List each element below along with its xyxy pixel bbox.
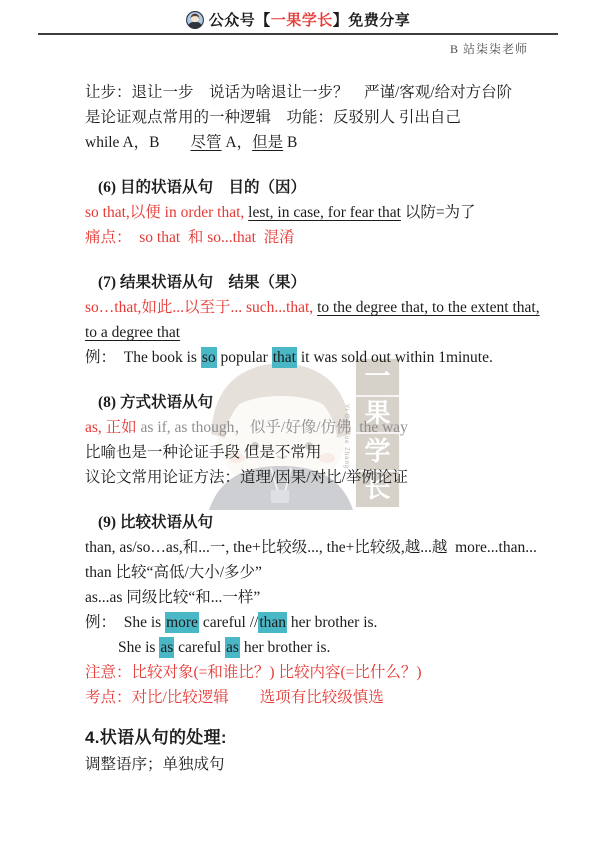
text-segment: 以防=为了 <box>401 204 476 221</box>
text-line: while A，B 尽管 A，但是 B <box>85 130 540 155</box>
text-segment: (8) 方式状语从句 <box>98 394 213 411</box>
text-segment: to a degree that <box>85 324 180 341</box>
text-segment: while A，B <box>85 134 191 151</box>
section-heading: (6) 目的状语从句 目的（因） <box>85 175 540 200</box>
text-line: 例： She is more careful //than her brothe… <box>85 610 540 635</box>
text-line: 让步：退让一步 说话为啥退让一步？ 严谨/客观/给对方台阶 <box>85 80 540 105</box>
section-heading: (8) 方式状语从句 <box>85 390 540 415</box>
text-segment: than <box>258 612 287 633</box>
text-segment: 考点：对比/比较逻辑 选项有比较级慎选 <box>85 689 384 706</box>
text-segment: popular <box>217 349 272 366</box>
document-page: 公众号【一果学长】免费分享 B 站柒柒老师 Yi Guo Xue Zhang 一… <box>0 0 596 842</box>
text-segment: as...as 同级比较“和...一样” <box>85 589 260 606</box>
boy-avatar-icon <box>186 11 204 29</box>
text-segment: 是论证观点常用的一种逻辑 功能：反驳别人 引出自己 <box>85 109 461 126</box>
text-segment: so…that,如此...以至于... such...that, <box>85 299 317 316</box>
text-segment: more <box>165 612 199 633</box>
text-segment: 但是 <box>252 134 283 151</box>
text-line: 是论证观点常用的一种逻辑 功能：反驳别人 引出自己 <box>85 105 540 130</box>
text-line: as...as 同级比较“和...一样” <box>85 585 540 610</box>
text-segment: her brother is. <box>240 639 330 656</box>
header-divider <box>38 33 558 35</box>
text-segment: 议论文常用论证方法：道理/因果/对比/举例论证 <box>85 469 408 486</box>
text-line: 痛点： so that 和 so...that 混淆 <box>85 225 540 250</box>
section-heading: (7) 结果状语从句 结果（果） <box>85 270 540 295</box>
text-segment: lest, in case, for fear that <box>248 204 401 221</box>
text-segment: 4.状语从句的处理: <box>85 728 227 747</box>
text-segment: to the degree that, to the extent that, <box>317 299 540 316</box>
text-segment: than 比较“高低/大小/多少” <box>85 564 262 581</box>
header-title-prefix: 公众号【 <box>209 12 271 29</box>
text-segment: as if, as though，似乎/好像/仿佛 the way <box>137 419 408 436</box>
text-segment: (6) 目的状语从句 目的（因） <box>98 179 306 196</box>
text-segment: 尽管 <box>191 134 222 151</box>
text-line: so…that,如此...以至于... such...that, to the … <box>85 295 540 320</box>
text-line: 议论文常用论证方法：道理/因果/对比/举例论证 <box>85 465 540 490</box>
text-line: than 比较“高低/大小/多少” <box>85 560 540 585</box>
text-line: 调整语序；单独成句 <box>85 752 540 777</box>
text-segment: 例： The book is <box>85 349 201 366</box>
text-segment: She is <box>118 639 159 656</box>
text-line: She is as careful as her brother is. <box>85 635 540 660</box>
text-segment: 例： She is <box>85 614 165 631</box>
text-segment: careful // <box>199 614 258 631</box>
header-title: 公众号【一果学长】免费分享 <box>209 12 411 29</box>
text-segment: 比喻也是一种论证手段 但是不常用 <box>85 444 321 461</box>
big-heading: 4.状语从句的处理: <box>85 724 540 752</box>
header-title-suffix: 】免费分享 <box>333 12 411 29</box>
text-segment: than, as/so…as,和...一, the+比较级..., the+比较… <box>85 539 537 556</box>
text-segment: so that,以便 in order that, <box>85 204 248 221</box>
text-segment: it was sold out within 1minute. <box>297 349 493 366</box>
text-segment: 痛点： so that 和 so...that 混淆 <box>85 229 295 246</box>
text-segment: as <box>159 637 174 658</box>
text-segment: A， <box>222 134 253 151</box>
header: 公众号【一果学长】免费分享 <box>0 9 596 30</box>
text-segment: that <box>272 347 297 368</box>
text-segment: as <box>225 637 240 658</box>
text-line: 注意：比较对象(=和谁比？) 比较内容(=比什么？) <box>85 660 540 685</box>
text-line: so that,以便 in order that, lest, in case,… <box>85 200 540 225</box>
text-segment: B <box>283 134 297 151</box>
section-heading: (9) 比较状语从句 <box>85 510 540 535</box>
text-segment: as, 正如 <box>85 419 137 436</box>
text-segment: careful <box>174 639 225 656</box>
document-body: 让步：退让一步 说话为啥退让一步？ 严谨/客观/给对方台阶是论证观点常用的一种逻… <box>85 80 540 777</box>
text-line: than, as/so…as,和...一, the+比较级..., the+比较… <box>85 535 540 560</box>
text-line: 例： The book is so popular that it was so… <box>85 345 540 370</box>
text-segment: her brother is. <box>287 614 377 631</box>
text-line: to a degree that <box>85 320 540 345</box>
text-segment: (9) 比较状语从句 <box>98 514 213 531</box>
header-brand: 一果学长 <box>271 12 333 29</box>
text-line: as, 正如 as if, as though，似乎/好像/仿佛 the way <box>85 415 540 440</box>
byline: B 站柒柒老师 <box>450 40 528 57</box>
text-segment: so <box>201 347 217 368</box>
text-segment: (7) 结果状语从句 结果（果） <box>98 274 306 291</box>
text-segment: 让步：退让一步 说话为啥退让一步？ 严谨/客观/给对方台阶 <box>85 84 512 101</box>
text-segment: 调整语序；单独成句 <box>85 756 225 773</box>
text-line: 比喻也是一种论证手段 但是不常用 <box>85 440 540 465</box>
text-segment: 注意：比较对象(=和谁比？) 比较内容(=比什么？) <box>85 664 422 681</box>
text-line: 考点：对比/比较逻辑 选项有比较级慎选 <box>85 685 540 710</box>
